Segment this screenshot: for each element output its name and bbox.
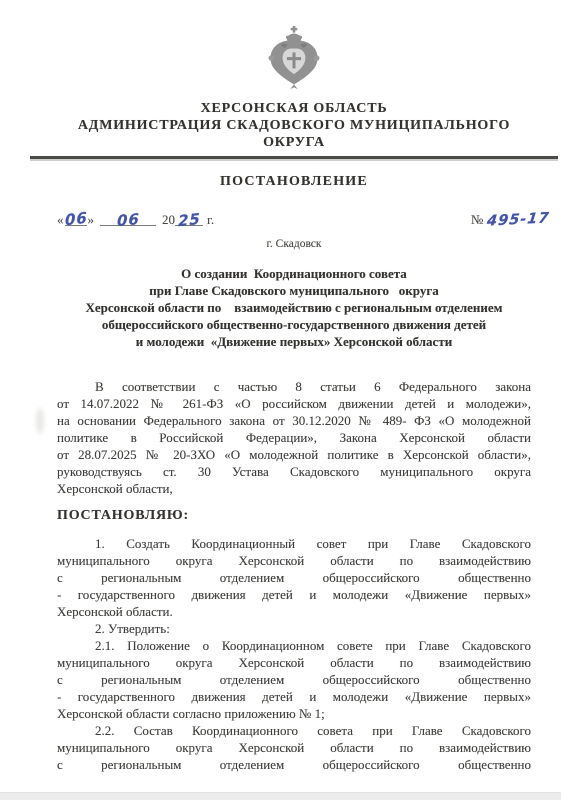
month-slot: 06	[100, 210, 156, 226]
letterhead: ХЕРСОНСКАЯ ОБЛАСТЬ АДМИНИСТРАЦИЯ СКАДОВС…	[57, 100, 531, 151]
scanned-decree-page: ХЕРСОНСКАЯ ОБЛАСТЬ АДМИНИСТРАЦИЯ СКАДОВС…	[0, 0, 561, 800]
item-2-2-line: 2.2. Состав Координационного совета при …	[57, 722, 531, 739]
title-line: Херсонской области по взаимодействию с р…	[57, 299, 531, 316]
printed-century: 20	[162, 212, 175, 227]
emblem-container	[57, 26, 531, 97]
item-2-1-line: муниципального округа Херсонской области…	[57, 654, 531, 671]
organization-name-line2: ОКРУГА	[57, 134, 531, 151]
preamble-line: политике в Российской Федерации», Закона…	[57, 429, 531, 446]
item-1-line: муниципального округа Херсонской области…	[57, 552, 531, 569]
number-sign: №	[471, 212, 483, 227]
item-2-2-line: муниципального округа Херсонской области…	[57, 739, 531, 756]
handwritten-number: 495-17	[486, 210, 550, 229]
handwritten-day: 06	[64, 208, 87, 229]
place-line: г. Скадовск	[57, 237, 531, 252]
document-body: В соответствии с частью 8 статьи 6 Федер…	[57, 378, 531, 773]
document-type-heading: ПОСТАНОВЛЕНИЕ	[57, 173, 531, 190]
preamble-line: В соответствии с частью 8 статьи 6 Федер…	[57, 378, 531, 395]
year-slot: 25	[175, 210, 203, 226]
preamble-line: на основании Федерального закона от 30.1…	[57, 412, 531, 429]
item-1-line: 1. Создать Координационный совет при Гла…	[57, 535, 531, 552]
organization-name-line1: АДМИНИСТРАЦИЯ СКАДОВСКОГО МУНИЦИПАЛЬНОГО	[57, 117, 531, 134]
title-line: при Главе Скадовского муниципального окр…	[57, 282, 531, 299]
open-quote: «	[57, 212, 64, 227]
item-2-1-line: Херсонской области согласно приложению №…	[57, 705, 531, 722]
preamble-line: Херсонской области,	[57, 480, 531, 497]
item-1-line: - государственного движения детей и моло…	[57, 586, 531, 603]
date-number-row: «06»062025г. № 495-17	[57, 207, 531, 228]
preamble-line: от 14.07.2022 № 261-ФЗ «О российском дви…	[57, 395, 531, 412]
item-1-line: с региональным отделением общероссийског…	[57, 569, 531, 586]
letterhead-divider	[30, 156, 558, 159]
date-field: «06»062025г.	[57, 210, 214, 228]
item-2-line: 2. Утвердить:	[57, 620, 531, 637]
document-number-field: № 495-17	[471, 212, 549, 228]
kherson-oblast-coat-of-arms-icon	[255, 26, 333, 97]
item-1-line: Херсонской области.	[57, 603, 531, 620]
handwritten-year: 25	[178, 209, 201, 229]
preamble-line: от 28.07.2025 № 20-ЗХО «О молодежной пол…	[57, 446, 531, 463]
year-mark: г.	[207, 212, 214, 227]
item-2-2-line: с региональным отделением общероссийског…	[57, 756, 531, 773]
close-quote: »	[88, 212, 95, 227]
scan-smudge-artifact	[36, 408, 44, 434]
region-name: ХЕРСОНСКАЯ ОБЛАСТЬ	[57, 100, 531, 117]
resolve-heading-line: ПОСТАНОВЛЯЮ:	[57, 507, 531, 524]
document-title: О создании Координационного советапри Гл…	[57, 265, 531, 350]
scan-bottom-edge	[0, 792, 561, 800]
title-line: и молодежи «Движение первых» Херсонской …	[57, 333, 531, 350]
item-2-1-line: - государственного движения детей и моло…	[57, 688, 531, 705]
handwritten-month: 06	[116, 209, 139, 229]
item-2-1-line: с региональным отделением общероссийског…	[57, 671, 531, 688]
title-line: общероссийского общественно-государствен…	[57, 316, 531, 333]
item-2-1-line: 2.1. Положение о Координационном совете …	[57, 637, 531, 654]
day-slot: 06	[65, 210, 87, 226]
preamble-line: руководствуясь ст. 30 Устава Скадовского…	[57, 463, 531, 480]
title-line: О создании Координационного совета	[57, 265, 531, 282]
